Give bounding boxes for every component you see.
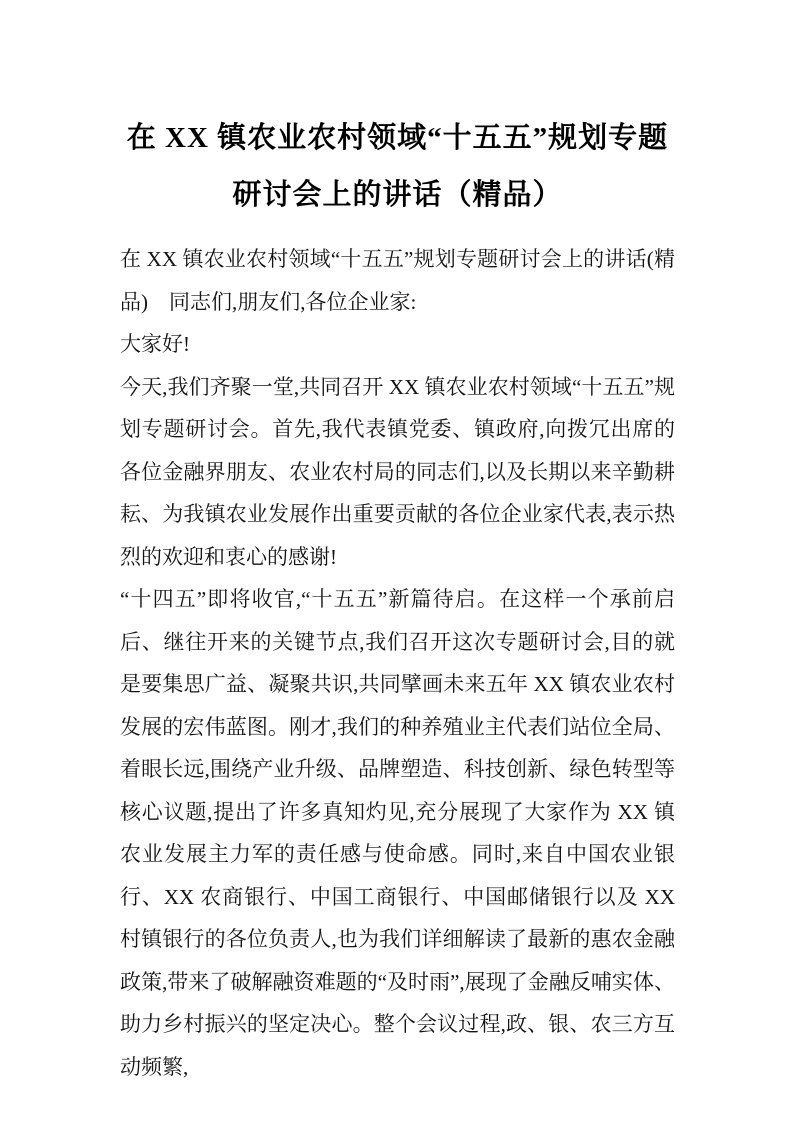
paragraph-opening-thanks: 今天,我们齐聚一堂,共同召开 XX 镇农业农村领域“十五五”规划专题研讨会。首先… <box>120 366 675 579</box>
title-line-2: 研讨会上的讲话（精品） <box>120 167 675 224</box>
paragraph-salutation: 在 XX 镇农业农村领域“十五五”规划专题研讨会上的讲话(精品) 同志们,朋友们… <box>120 238 675 323</box>
document-page: 在 XX 镇农业农村领域“十五五”规划专题 研讨会上的讲话（精品） 在 XX 镇… <box>0 0 793 1122</box>
document-body: 在 XX 镇农业农村领域“十五五”规划专题研讨会上的讲话(精品) 同志们,朋友们… <box>120 238 675 1088</box>
paragraph-meeting-review: “十四五”即将收官,“十五五”新篇待启。在这样一个承前启后、继往开来的关键节点,… <box>120 578 675 1088</box>
paragraph-greeting: 大家好! <box>120 323 675 366</box>
title-line-1: 在 XX 镇农业农村领域“十五五”规划专题 <box>120 110 675 167</box>
document-title: 在 XX 镇农业农村领域“十五五”规划专题 研讨会上的讲话（精品） <box>120 110 675 224</box>
